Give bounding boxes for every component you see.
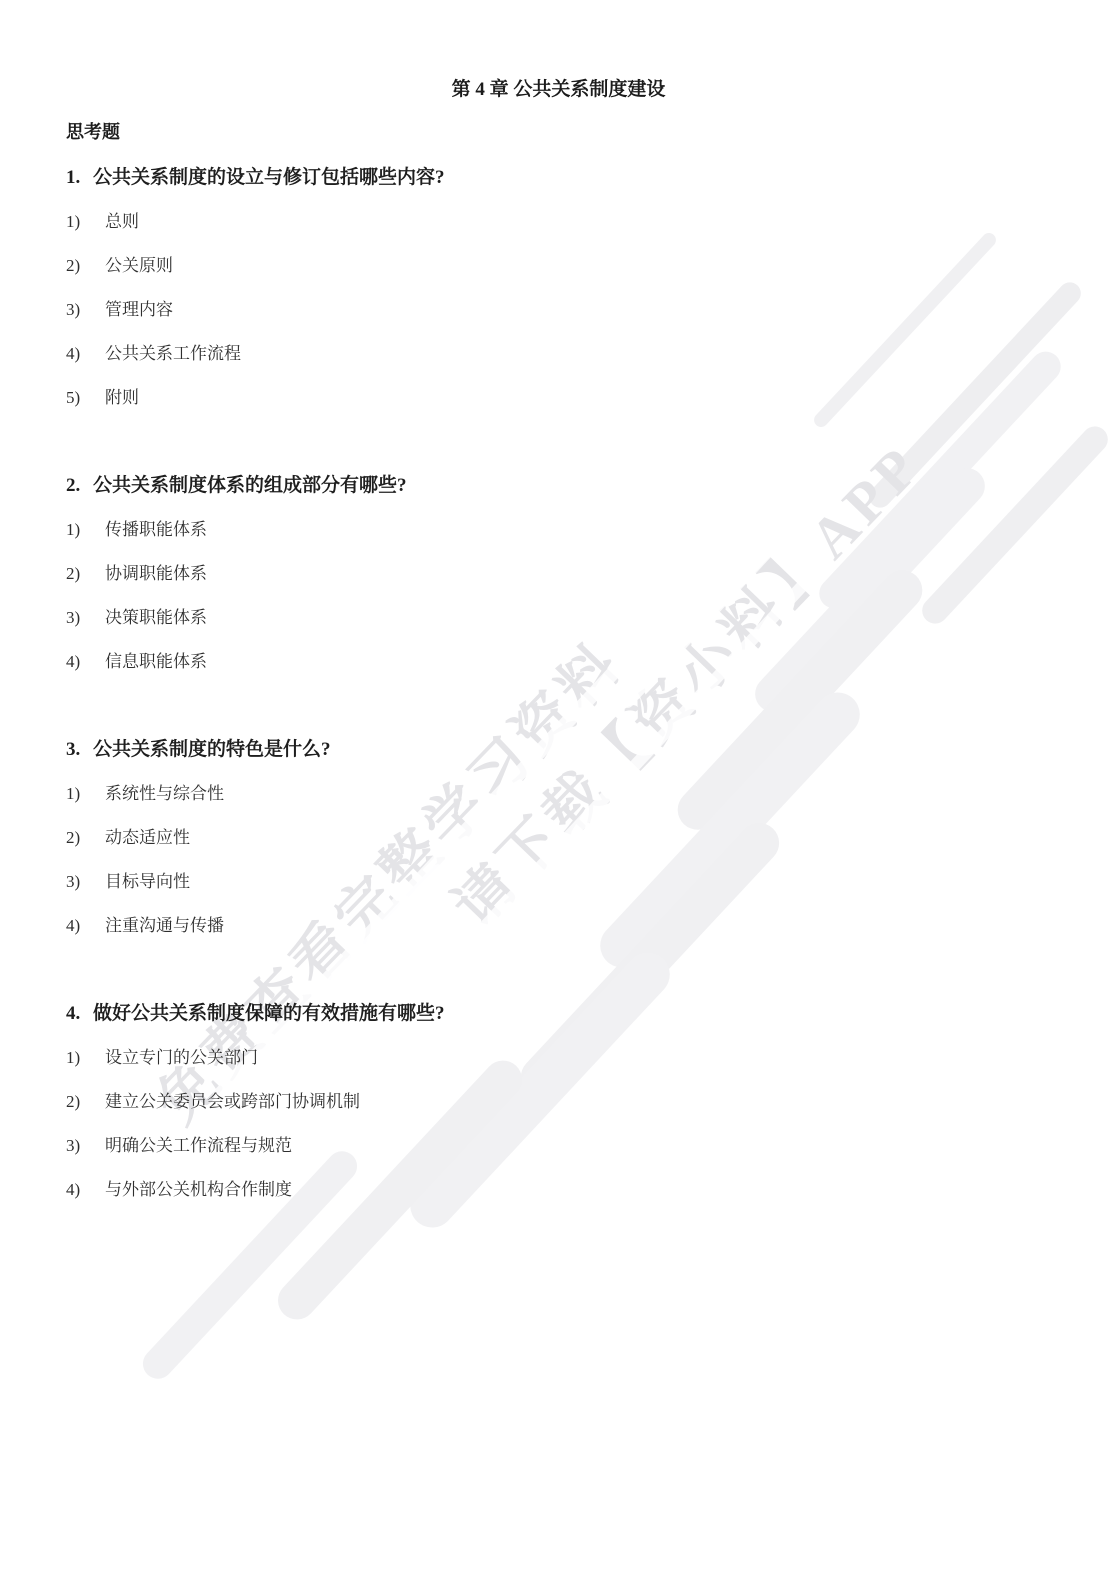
question-number: 3. xyxy=(66,737,93,762)
chapter-title: 第 4 章 公共关系制度建设 xyxy=(0,0,1117,102)
list-item: 1) 设立专门的公关部门 xyxy=(66,1045,1117,1070)
list-item: 4) 与外部公关机构合作制度 xyxy=(66,1177,1117,1202)
item-text: 传播职能体系 xyxy=(105,517,207,542)
item-number: 5) xyxy=(66,385,105,410)
document-content: 第 4 章 公共关系制度建设 思考题 1. 公共关系制度的设立与修订包括哪些内容… xyxy=(0,0,1117,1579)
item-text: 管理内容 xyxy=(105,297,173,322)
document-page: 免费查看完整学习资料 请下载【资小料】APP 第 4 章 公共关系制度建设 思考… xyxy=(0,0,1117,1579)
item-text: 建立公关委员会或跨部门协调机制 xyxy=(105,1089,360,1114)
item-number: 3) xyxy=(66,1133,105,1158)
list-item: 2) 动态适应性 xyxy=(66,825,1117,850)
item-number: 2) xyxy=(66,1089,105,1114)
list-item: 2) 建立公关委员会或跨部门协调机制 xyxy=(66,1089,1117,1114)
item-number: 1) xyxy=(66,1045,105,1070)
list-item: 4) 信息职能体系 xyxy=(66,649,1117,674)
item-number: 1) xyxy=(66,517,105,542)
item-number: 4) xyxy=(66,1177,105,1202)
question-block-2: 2. 公共关系制度体系的组成部分有哪些? 1) 传播职能体系 2) 协调职能体系… xyxy=(0,473,1117,674)
item-text: 动态适应性 xyxy=(105,825,190,850)
item-text: 设立专门的公关部门 xyxy=(105,1045,258,1070)
question-block-1: 1. 公共关系制度的设立与修订包括哪些内容? 1) 总则 2) 公关原则 3) … xyxy=(0,165,1117,410)
question-header: 2. 公共关系制度体系的组成部分有哪些? xyxy=(66,473,1117,498)
item-text: 公共关系工作流程 xyxy=(105,341,241,366)
list-item: 4) 公共关系工作流程 xyxy=(66,341,1117,366)
item-text: 系统性与综合性 xyxy=(105,781,224,806)
question-number: 4. xyxy=(66,1001,93,1026)
item-number: 2) xyxy=(66,825,105,850)
list-item: 4) 注重沟通与传播 xyxy=(66,913,1117,938)
list-item: 2) 公关原则 xyxy=(66,253,1117,278)
item-text: 注重沟通与传播 xyxy=(105,913,224,938)
question-header: 3. 公共关系制度的特色是什么? xyxy=(66,737,1117,762)
question-number: 2. xyxy=(66,473,93,498)
item-number: 2) xyxy=(66,253,105,278)
item-text: 协调职能体系 xyxy=(105,561,207,586)
item-text: 决策职能体系 xyxy=(105,605,207,630)
question-header: 4. 做好公共关系制度保障的有效措施有哪些? xyxy=(66,1001,1117,1026)
item-text: 公关原则 xyxy=(105,253,173,278)
question-block-3: 3. 公共关系制度的特色是什么? 1) 系统性与综合性 2) 动态适应性 3) … xyxy=(0,737,1117,938)
section-label: 思考题 xyxy=(66,120,1117,145)
question-text: 公共关系制度的特色是什么? xyxy=(93,737,331,762)
item-number: 4) xyxy=(66,341,105,366)
list-item: 3) 明确公关工作流程与规范 xyxy=(66,1133,1117,1158)
list-item: 5) 附则 xyxy=(66,385,1117,410)
list-item: 2) 协调职能体系 xyxy=(66,561,1117,586)
question-text: 做好公共关系制度保障的有效措施有哪些? xyxy=(93,1001,445,1026)
list-item: 3) 目标导向性 xyxy=(66,869,1117,894)
question-number: 1. xyxy=(66,165,93,190)
item-number: 1) xyxy=(66,209,105,234)
item-text: 总则 xyxy=(105,209,139,234)
item-number: 2) xyxy=(66,561,105,586)
item-text: 与外部公关机构合作制度 xyxy=(105,1177,292,1202)
item-text: 目标导向性 xyxy=(105,869,190,894)
list-item: 3) 决策职能体系 xyxy=(66,605,1117,630)
item-number: 4) xyxy=(66,649,105,674)
item-text: 明确公关工作流程与规范 xyxy=(105,1133,292,1158)
list-item: 1) 传播职能体系 xyxy=(66,517,1117,542)
item-number: 4) xyxy=(66,913,105,938)
question-block-4: 4. 做好公共关系制度保障的有效措施有哪些? 1) 设立专门的公关部门 2) 建… xyxy=(0,1001,1117,1202)
list-item: 1) 总则 xyxy=(66,209,1117,234)
item-number: 1) xyxy=(66,781,105,806)
item-number: 3) xyxy=(66,869,105,894)
item-text: 附则 xyxy=(105,385,139,410)
question-text: 公共关系制度的设立与修订包括哪些内容? xyxy=(93,165,445,190)
item-number: 3) xyxy=(66,605,105,630)
item-number: 3) xyxy=(66,297,105,322)
item-text: 信息职能体系 xyxy=(105,649,207,674)
question-text: 公共关系制度体系的组成部分有哪些? xyxy=(93,473,407,498)
question-header: 1. 公共关系制度的设立与修订包括哪些内容? xyxy=(66,165,1117,190)
list-item: 1) 系统性与综合性 xyxy=(66,781,1117,806)
list-item: 3) 管理内容 xyxy=(66,297,1117,322)
